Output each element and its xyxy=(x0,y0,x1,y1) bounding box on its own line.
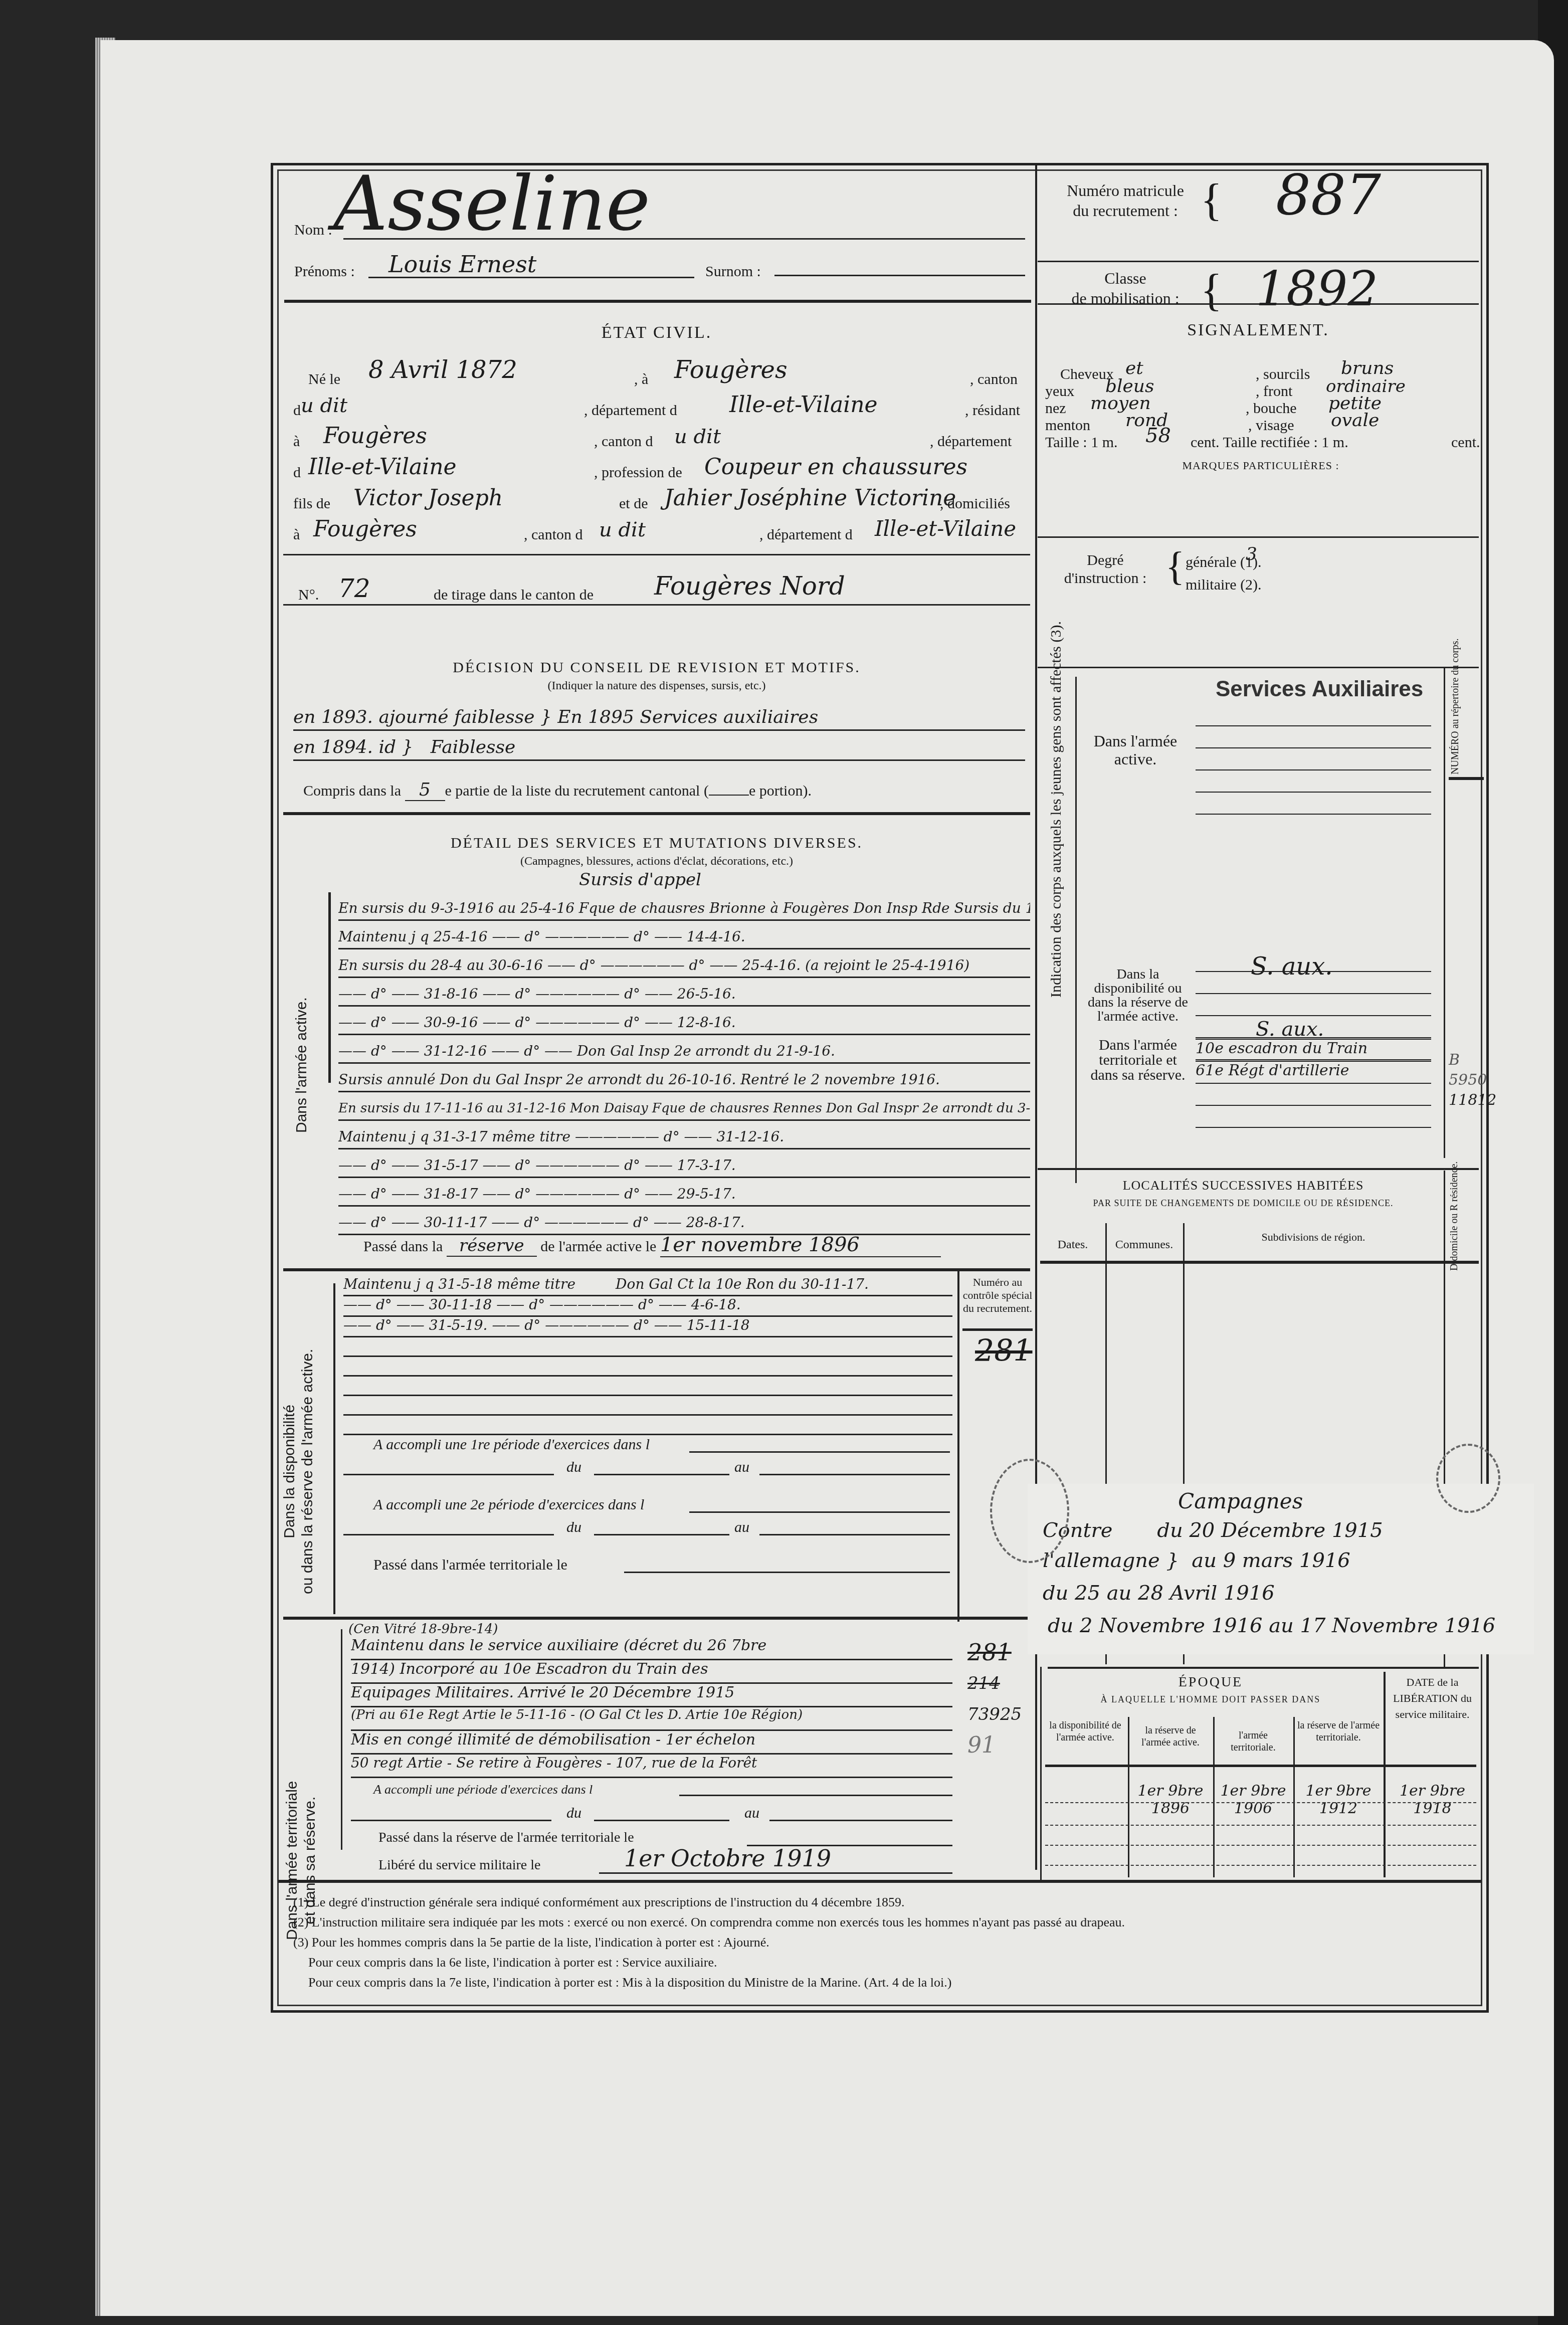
blank-line xyxy=(1196,950,1431,972)
footnote: Pour ceux compris dans la 6e liste, l'in… xyxy=(293,1953,1476,1973)
column-header-subdivisions: Subdivisions de région. xyxy=(1186,1231,1441,1244)
divider xyxy=(962,1328,1033,1331)
field-line xyxy=(594,1474,729,1475)
column-header-communes: Communes. xyxy=(1108,1238,1181,1252)
territoriale-line: (Pri au 61e Regt Artie le 5-11-16 - (O G… xyxy=(351,1707,952,1731)
portion-value xyxy=(709,795,749,796)
field-line xyxy=(624,1572,950,1573)
yeux-value: bleus xyxy=(1105,378,1154,395)
portion-suffix: e portion). xyxy=(749,783,812,799)
corps-active-label: Dans l'armée active. xyxy=(1085,732,1186,768)
dr-header: D domicile ou R résidence. xyxy=(1449,1161,1460,1271)
departement2-label: , département xyxy=(930,433,1012,450)
field-line xyxy=(594,1820,729,1821)
field-line xyxy=(343,1534,554,1535)
canton2-label: , canton d xyxy=(594,433,653,450)
et-de-label: et de xyxy=(619,495,648,512)
row-line xyxy=(1045,1802,1476,1803)
field-line xyxy=(769,1820,952,1821)
divider xyxy=(1449,777,1484,780)
disponibilite-line: —— d° —— 30-11-18 —— d° —————— d° —— 4-6… xyxy=(343,1296,952,1317)
etat-civil-row-4: d Ille-et-Vilaine , profession de Coupeu… xyxy=(293,454,1030,485)
lieu-naissance-value: Fougères xyxy=(674,356,788,384)
periode2-label: A accompli une 2e période d'exercices da… xyxy=(373,1496,644,1513)
divider xyxy=(1038,1168,1479,1170)
repertoire-values: B 5950 11812 xyxy=(1449,1050,1496,1110)
etat-civil-title: ÉTAT CIVIL. xyxy=(283,323,1030,342)
side-number: 281 xyxy=(967,1637,1023,1668)
classe-label-line1: Classe xyxy=(1055,268,1196,288)
marques-particulieres-label: MARQUES PARTICULIÈRES : xyxy=(1045,457,1476,474)
periode-territoriale-label: A accompli une période d'exercices dans … xyxy=(373,1782,593,1797)
service-line: Maintenu j q 31-3-17 même titre —————— d… xyxy=(338,1121,1030,1149)
disponibilite-lines: Maintenu j q 31-5-18 même titre Don Gal … xyxy=(343,1276,952,1435)
epoque-col-header: l'armée territoriale. xyxy=(1216,1729,1291,1754)
blank-line xyxy=(343,1377,952,1396)
controle-value: 281 xyxy=(975,1333,1033,1369)
field-line xyxy=(343,1474,554,1475)
row-line xyxy=(1045,1865,1476,1866)
repertoire-header: NUMÉRO au répertoire du corps. xyxy=(1449,638,1462,774)
service-line: —— d° —— 30-9-16 —— d° —————— d° —— 12-8… xyxy=(338,1007,1030,1035)
blank-line xyxy=(343,1416,952,1435)
compris-suffix: e partie de la liste du recrutement cant… xyxy=(445,783,709,799)
blank-line xyxy=(343,1337,952,1357)
mere-value: Jahier Joséphine Victorine xyxy=(664,485,956,511)
au-label: au xyxy=(734,1459,749,1476)
brace: { xyxy=(1201,268,1222,313)
signalement-row-3: nez moyen , bouche petite xyxy=(1045,400,1476,417)
etat-civil-fields: Né le 8 Avril 1872 , à Fougères , canton… xyxy=(293,361,1030,547)
side-label-disponibilite: Dans la disponibilité ou dans la réserve… xyxy=(281,1349,317,1594)
blank-line xyxy=(1196,748,1431,770)
footnote: (3) Pour les hommes compris dans la 5e p… xyxy=(293,1932,1476,1953)
canton-label: , canton xyxy=(970,371,1018,388)
footnotes: (1) Le degré d'instruction générale sera… xyxy=(293,1892,1476,1993)
passe-reserve-territoriale-label: Passé dans la réserve de l'armée territo… xyxy=(378,1830,634,1846)
canton-prefix: d xyxy=(293,402,301,419)
liberation-value: 1er 9bre 1918 xyxy=(1389,1782,1476,1817)
detail-lines: En sursis du 9-3-1916 au 25-4-16 Fque de… xyxy=(338,892,1030,1235)
nom-value: Asseline xyxy=(333,160,650,248)
prenoms-label: Prénoms : xyxy=(294,263,355,280)
divider xyxy=(1048,1667,1479,1669)
au-label: au xyxy=(734,1519,749,1536)
signalement-row-5: Taille : 1 m. 58 cent. Taille rectifiée … xyxy=(1045,434,1476,454)
divider xyxy=(1038,303,1479,305)
matricule-label-line2: du recrutement : xyxy=(1055,201,1196,221)
divider xyxy=(1038,536,1479,538)
brace-line xyxy=(328,892,331,1083)
field-line xyxy=(689,1511,950,1513)
service-line: —— d° —— 30-11-17 —— d° —————— d° —— 28-… xyxy=(338,1207,1030,1235)
campagnes-line: du 25 au 28 Avril 1916 xyxy=(1043,1582,1275,1605)
matricule-label-line1: Numéro matricule xyxy=(1055,180,1196,201)
dep2-prefix: d xyxy=(293,464,301,481)
surnom-underline xyxy=(774,275,1025,276)
territoriale-line: 50 regt Artie - Se retire à Fougères - 1… xyxy=(351,1755,952,1778)
etat-civil-row-2: d u dit , département d Ille-et-Vilaine … xyxy=(293,392,1030,423)
corps-active-lines xyxy=(1196,704,1431,815)
taille-rectifiee-label: cent. Taille rectifiée : 1 m. xyxy=(1191,434,1348,451)
pere-value: Victor Joseph xyxy=(353,485,503,511)
repertoire-value: 11812 xyxy=(1449,1090,1496,1110)
corps-territoriale-value: S. aux. xyxy=(1196,1018,1431,1040)
service-line: En sursis du 17-11-16 au 31-12-16 Mon Da… xyxy=(338,1092,1030,1121)
divider xyxy=(283,1268,1030,1271)
periode1-label: A accompli une 1re période d'exercices d… xyxy=(373,1436,650,1453)
profession-value: Coupeur en chaussures xyxy=(704,454,967,480)
compris-row: Compris dans la 5e partie de la liste du… xyxy=(303,780,812,801)
repertoire-column-divider xyxy=(1444,667,1445,1158)
row-line xyxy=(1045,1825,1476,1826)
divider xyxy=(283,554,1030,555)
classe-label-line2: de mobilisation : xyxy=(1055,288,1196,308)
military-record-form: Nom : Asseline Prénoms : Louis Ernest Su… xyxy=(271,163,1489,2013)
residence-prefix: à xyxy=(293,433,300,450)
decision-line-2: en 1894. id } Faiblesse xyxy=(293,737,515,757)
service-line: En sursis du 9-3-1916 au 25-4-16 Fque de… xyxy=(338,892,1030,921)
departement3-label: , département d xyxy=(759,526,853,543)
service-line: —— d° —— 31-8-17 —— d° —————— d° —— 29-5… xyxy=(338,1178,1030,1207)
blank-line xyxy=(343,1396,952,1416)
field-line xyxy=(599,1872,952,1874)
epoque-title: ÉPOQUE xyxy=(1045,1674,1376,1690)
epoque-value-reserve-active: 1er 9bre 1896 xyxy=(1130,1782,1211,1817)
divider xyxy=(293,729,1025,731)
fils-de-label: fils de xyxy=(293,495,330,512)
etat-civil-row-3: à Fougères , canton d u dit , départemen… xyxy=(293,423,1030,454)
side-label-line1: Dans la disponibilité xyxy=(281,1349,299,1594)
degre-label-line1: Degré xyxy=(1055,551,1155,569)
taille-value: 58 xyxy=(1145,427,1171,444)
footnote: (1) Le degré d'instruction générale sera… xyxy=(293,1892,1476,1912)
libere-label: Libéré du service militaire le xyxy=(378,1857,540,1873)
classe-label: Classe de mobilisation : xyxy=(1055,268,1196,308)
campagnes-title: Campagnes xyxy=(1178,1489,1303,1513)
row-line xyxy=(1045,1845,1476,1846)
departement-label: , département d xyxy=(584,402,677,419)
front-value: ordinaire xyxy=(1326,378,1406,395)
dom-prefix: à xyxy=(293,526,300,543)
disponibilite-line: —— d° —— 31-5-19. —— d° —————— d° —— 15-… xyxy=(343,1317,952,1337)
cheveux-value: et xyxy=(1125,360,1143,377)
canton3-value: u dit xyxy=(599,518,646,541)
side-label-line2: ou dans la réserve de l'armée active. xyxy=(299,1349,317,1594)
liberation-header: DATE de la LIBÉRATION du service militai… xyxy=(1389,1674,1476,1722)
nez-label: nez xyxy=(1045,400,1066,417)
yeux-label: yeux xyxy=(1045,383,1074,400)
divider xyxy=(1045,1765,1476,1767)
services-auxiliaires-stamp: Services Auxiliaires xyxy=(1216,677,1423,702)
corps-vertical-label: Indication des corps auxquels les jeunes… xyxy=(1048,621,1065,998)
bracket-line xyxy=(1075,677,1077,1183)
passe-value: réserve xyxy=(447,1236,537,1257)
blank-line xyxy=(1196,704,1431,726)
ne-le-label: Né le xyxy=(308,371,340,388)
divider xyxy=(283,812,1030,815)
instruction-militaire-label: militaire (2). xyxy=(1186,576,1262,594)
field-line xyxy=(679,1795,952,1796)
territoriale-line: Equipages Militaires. Arrivé le 20 Décem… xyxy=(351,1684,952,1707)
localites-subtitle: PAR SUITE DE CHANGEMENTS DE DOMICILE OU … xyxy=(1038,1198,1449,1209)
divider xyxy=(1040,1261,1479,1264)
canton3-label: , canton d xyxy=(524,526,582,543)
bouche-value: petite xyxy=(1328,395,1382,412)
sourcils-value: bruns xyxy=(1341,360,1394,377)
departement-value: Ille-et-Vilaine xyxy=(729,392,878,418)
campagnes-line: Contre du 20 Décembre 1915 xyxy=(1043,1519,1383,1542)
field-line xyxy=(689,1451,950,1453)
detail-subtitle: (Campagnes, blessures, actions d'éclat, … xyxy=(283,855,1030,868)
side-label-armee-active: Dans l'armée active. xyxy=(293,997,310,1133)
sourcils-label: , sourcils xyxy=(1256,366,1310,383)
corps-territoriale-value: 10e escadron du Train xyxy=(1196,1040,1431,1062)
epoque-column-divider xyxy=(1128,1717,1129,1877)
signalement-title: SIGNALEMENT. xyxy=(1038,321,1479,340)
prenoms-value: Louis Ernest xyxy=(388,251,536,278)
epoque-subtitle: À LAQUELLE L'HOMME DOIT PASSER DANS xyxy=(1045,1694,1376,1705)
taille-label: Taille : 1 m. xyxy=(1045,434,1118,451)
classe-value: 1892 xyxy=(1256,261,1378,317)
front-label: , front xyxy=(1256,383,1292,400)
controle-header: Numéro au contrôle spécial du recrutemen… xyxy=(962,1276,1033,1315)
libere-value: 1er Octobre 1919 xyxy=(624,1845,831,1872)
service-line: —— d° —— 31-5-17 —— d° —————— d° —— 17-3… xyxy=(338,1149,1030,1178)
field-line xyxy=(759,1534,950,1535)
etat-civil-row-6: à Fougères , canton d u dit , départemen… xyxy=(293,516,1030,547)
territoriale-note: (Cen Vitré 18-9bre-14) xyxy=(348,1622,498,1637)
field-line xyxy=(759,1474,950,1475)
service-line: Sursis annulé Don du Gal Inspr 2e arrond… xyxy=(338,1064,1030,1092)
canton-value: u dit xyxy=(301,394,347,417)
liberation-column-divider xyxy=(1384,1672,1386,1877)
profession-label: , profession de xyxy=(594,464,682,481)
campagnes-line: du 2 Novembre 1916 au 17 Novembre 1916 xyxy=(1048,1614,1495,1637)
brace: { xyxy=(1165,546,1185,587)
detail-title: DÉTAIL DES SERVICES ET MUTATIONS DIVERSE… xyxy=(283,835,1030,852)
compris-value: 5 xyxy=(405,780,445,801)
residence-value: Fougères xyxy=(323,423,427,449)
territoriale-line: Maintenu dans le service auxiliaire (déc… xyxy=(351,1637,952,1660)
blank-line xyxy=(1196,1084,1431,1106)
compris-label: Compris dans la xyxy=(303,783,401,799)
nez-value: moyen xyxy=(1090,395,1151,412)
passe-suffix: de l'armée active le xyxy=(540,1238,656,1255)
dep2-value: Ille-et-Vilaine xyxy=(308,454,457,480)
blank-line xyxy=(1196,793,1431,815)
a-label: , à xyxy=(634,371,648,388)
visage-value: ovale xyxy=(1331,412,1379,429)
degre-instruction-label: Degré d'instruction : xyxy=(1055,551,1155,588)
du-label: du xyxy=(566,1519,581,1536)
epoque-left-border xyxy=(1040,1667,1042,1880)
decision-subtitle: (Indiquer la nature des dispenses, sursi… xyxy=(283,679,1030,693)
blank-line xyxy=(1196,972,1431,994)
service-line: Maintenu j q 25-4-16 —— d° —————— d° —— … xyxy=(338,921,1030,949)
matricule-label: Numéro matricule du recrutement : xyxy=(1055,180,1196,221)
etat-civil-row-5: fils de Victor Joseph et de Jahier Josép… xyxy=(293,485,1030,516)
passe-date-value: 1er novembre 1896 xyxy=(660,1233,941,1257)
du-label: du xyxy=(566,1459,581,1476)
circular-stamp xyxy=(1436,1444,1500,1513)
brace-line xyxy=(341,1629,342,1850)
etat-civil-row-1: Né le 8 Avril 1872 , à Fougères , canton xyxy=(293,361,1030,392)
tirage-canton-value: Fougères Nord xyxy=(654,571,845,601)
passe-reserve-row: Passé dans la réserve de l'armée active … xyxy=(363,1233,941,1257)
blank-line xyxy=(1196,1106,1431,1128)
cent-label: cent. xyxy=(1451,434,1480,451)
matricule-value: 887 xyxy=(1276,163,1381,227)
side-number: 214 xyxy=(967,1668,1023,1699)
nom-underline xyxy=(343,238,1025,240)
service-line: —— d° —— 31-8-16 —— d° —————— d° —— 26-5… xyxy=(338,978,1030,1007)
divider xyxy=(278,1880,1481,1883)
territoriale-line: 1914) Incorporé au 10e Escadron du Train… xyxy=(351,1660,952,1684)
sursis-note: Sursis d'appel xyxy=(579,870,701,890)
degre-label-line2: d'instruction : xyxy=(1055,569,1155,588)
passe-territoriale-label: Passé dans l'armée territoriale le xyxy=(373,1557,567,1574)
au-label: au xyxy=(744,1805,759,1822)
menton-label: menton xyxy=(1045,417,1090,434)
divider xyxy=(293,759,1025,761)
epoque-value-reserve-territoriale: 1er 9bre 1912 xyxy=(1296,1782,1381,1817)
blank-line xyxy=(343,1357,952,1377)
divider xyxy=(1038,667,1479,668)
brace-line xyxy=(333,1283,335,1614)
decision-line-1: en 1893. ajourné faiblesse } En 1895 Ser… xyxy=(293,707,818,727)
circular-stamp xyxy=(990,1459,1069,1563)
signalement-fields: Cheveux et , sourcils bruns yeux bleus ,… xyxy=(1045,366,1476,474)
domicilies-label: , domiciliés xyxy=(940,495,1010,512)
prenoms-underline xyxy=(368,277,694,278)
date-naissance-value: 8 Avril 1872 xyxy=(368,356,517,384)
nom-label: Nom : xyxy=(294,222,332,239)
signalement-row-4: menton rond , visage ovale xyxy=(1045,417,1476,434)
corps-territoriale-lines: S. aux. 10e escadron du Train 61e Régt d… xyxy=(1196,1018,1431,1128)
campagnes-line: l'allemagne } au 9 mars 1916 xyxy=(1043,1549,1350,1572)
residant-label: , résidant xyxy=(965,402,1020,419)
territoriale-side-numbers: 281 214 73925 91 xyxy=(967,1637,1023,1761)
disponibilite-line: Maintenu j q 31-5-18 même titre Don Gal … xyxy=(343,1276,952,1296)
side-number: 91 xyxy=(967,1730,1023,1761)
canton2-value: u dit xyxy=(674,425,721,448)
epoque-col-header: la réserve de l'armée territoriale. xyxy=(1296,1719,1381,1743)
field-line xyxy=(594,1534,729,1535)
localites-title: LOCALITÉS SUCCESSIVES HABITÉES xyxy=(1038,1178,1449,1193)
blank-line xyxy=(1196,726,1431,748)
epoque-col-header: la disponibilité de l'armée active. xyxy=(1045,1719,1125,1743)
corps-disponibilite-label: Dans la disponibilité ou dans la réserve… xyxy=(1088,967,1188,1024)
brace: { xyxy=(1201,178,1222,223)
surnom-label: Surnom : xyxy=(705,263,761,280)
repertoire-value: B 5950 xyxy=(1449,1050,1496,1090)
divider xyxy=(284,300,1031,303)
departement3-value: Ille-et-Vilaine xyxy=(875,516,1016,541)
du-label: du xyxy=(566,1805,581,1822)
epoque-column-divider xyxy=(1293,1717,1295,1877)
blank-line xyxy=(1196,994,1431,1016)
footnote: Pour ceux compris dans la 7e liste, l'in… xyxy=(293,1973,1476,1993)
divider xyxy=(283,604,1030,606)
service-line: —— d° —— 31-12-16 —— d° —— Don Gal Insp … xyxy=(338,1035,1030,1064)
domicile-value: Fougères xyxy=(313,516,417,542)
column-header-dates: Dates. xyxy=(1043,1238,1103,1252)
epoque-col-header: la réserve de l'armée active. xyxy=(1130,1724,1211,1749)
service-line: En sursis du 28-4 au 30-6-16 —— d° —————… xyxy=(338,949,1030,978)
side-number: 73925 xyxy=(967,1699,1023,1730)
corps-territoriale-value: 61e Régt d'artillerie xyxy=(1196,1062,1431,1084)
footnote: (2) L'instruction militaire sera indiqué… xyxy=(293,1912,1476,1932)
decision-title: DÉCISION DU CONSEIL DE REVISION ET MOTIF… xyxy=(283,659,1030,676)
territoriale-line: Mis en congé illimité de démobilisation … xyxy=(351,1731,952,1755)
tirage-label: de tirage dans le canton de xyxy=(434,587,594,604)
territoriale-lines: Maintenu dans le service auxiliaire (déc… xyxy=(351,1637,952,1778)
blank-line xyxy=(1196,770,1431,793)
bouche-label: , bouche xyxy=(1246,400,1297,417)
tirage-no-label: N°. xyxy=(298,587,319,604)
epoque-value-territoriale: 1er 9bre 1906 xyxy=(1216,1782,1291,1817)
epoque-column-divider xyxy=(1213,1717,1215,1877)
divider xyxy=(283,1617,1030,1620)
controle-column-divider xyxy=(957,1271,959,1622)
corps-territoriale-label: Dans l'armée territoriale et dans sa rés… xyxy=(1085,1038,1191,1083)
passe-label: Passé dans la xyxy=(363,1238,443,1255)
visage-label: , visage xyxy=(1248,417,1294,434)
instruction-generale-value: 3 xyxy=(1246,544,1257,564)
tirage-no-value: 72 xyxy=(338,574,370,603)
field-line xyxy=(351,1820,551,1821)
